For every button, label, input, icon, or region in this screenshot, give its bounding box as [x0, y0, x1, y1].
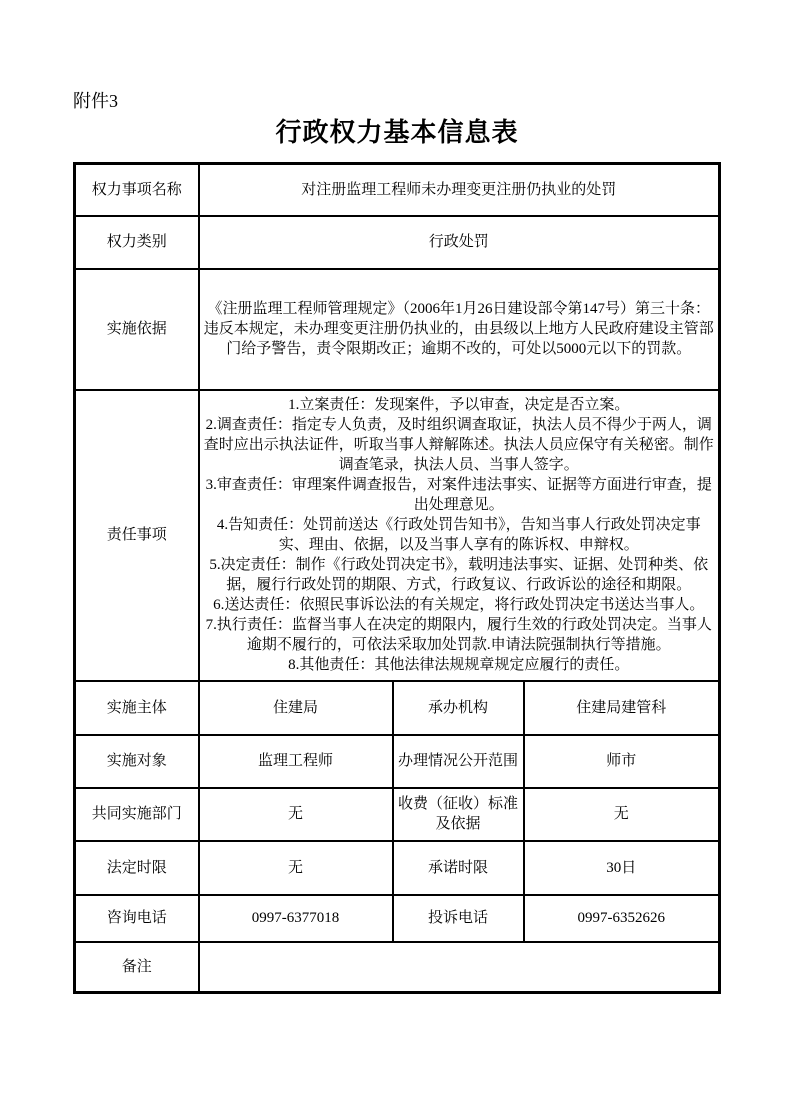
table-row: 共同实施部门 无 收费（征收）标准及依据 无: [75, 788, 720, 841]
joint-implementation-departments-label: 共同实施部门: [75, 788, 199, 841]
handling-agency-label: 承办机构: [393, 681, 524, 735]
responsibility-item-1: 1.立案责任：发现案件，予以审查，决定是否立案。: [204, 395, 715, 415]
promised-time-limit-label: 承诺时限: [393, 841, 524, 895]
remarks-value: [199, 942, 720, 993]
implementation-target-label: 实施对象: [75, 735, 199, 788]
consultation-phone-label: 咨询电话: [75, 895, 199, 942]
info-table: 权力事项名称 对注册监理工程师未办理变更注册仍执业的处罚 权力类别 行政处罚 实…: [73, 162, 721, 994]
promised-time-limit-value: 30日: [524, 841, 720, 895]
implementing-body-value: 住建局: [199, 681, 393, 735]
implementation-basis-label: 实施依据: [75, 269, 199, 390]
remarks-label: 备注: [75, 942, 199, 993]
table-row: 备注: [75, 942, 720, 993]
fee-standard-value: 无: [524, 788, 720, 841]
power-category-value: 行政处罚: [199, 216, 720, 269]
document-page: 附件3 行政权力基本信息表 权力事项名称 对注册监理工程师未办理变更注册仍执业的…: [0, 0, 794, 1108]
table-row: 法定时限 无 承诺时限 30日: [75, 841, 720, 895]
power-item-name-value: 对注册监理工程师未办理变更注册仍执业的处罚: [199, 164, 720, 216]
power-category-label: 权力类别: [75, 216, 199, 269]
consultation-phone-value: 0997-6377018: [199, 895, 393, 942]
table-row: 权力类别 行政处罚: [75, 216, 720, 269]
fee-standard-label: 收费（征收）标准及依据: [393, 788, 524, 841]
handling-agency-value: 住建局建管科: [524, 681, 720, 735]
table-row: 咨询电话 0997-6377018 投诉电话 0997-6352626: [75, 895, 720, 942]
responsibility-matters-label: 责任事项: [75, 390, 199, 681]
implementation-target-value: 监理工程师: [199, 735, 393, 788]
attachment-label: 附件3: [73, 90, 118, 112]
power-item-name-label: 权力事项名称: [75, 164, 199, 216]
table-row: 实施依据 《注册监理工程师管理规定》（2006年1月26日建设部令第147号）第…: [75, 269, 720, 390]
complaint-phone-label: 投诉电话: [393, 895, 524, 942]
table-row: 责任事项 1.立案责任：发现案件，予以审查，决定是否立案。 2.调查责任：指定专…: [75, 390, 720, 681]
table-row: 实施对象 监理工程师 办理情况公开范围 师市: [75, 735, 720, 788]
implementing-body-label: 实施主体: [75, 681, 199, 735]
table-row: 权力事项名称 对注册监理工程师未办理变更注册仍执业的处罚: [75, 164, 720, 216]
joint-implementation-departments-value: 无: [199, 788, 393, 841]
statutory-time-limit-value: 无: [199, 841, 393, 895]
responsibility-item-6: 6.送达责任：依照民事诉讼法的有关规定，将行政处罚决定书送达当事人。: [204, 595, 715, 615]
responsibility-item-3: 3.审查责任：审理案件调查报告，对案件违法事实、证据等方面进行审查，提出处理意见…: [204, 475, 715, 515]
responsibility-matters-value: 1.立案责任：发现案件，予以审查，决定是否立案。 2.调查责任：指定专人负责，及…: [199, 390, 720, 681]
responsibility-item-8: 8.其他责任：其他法律法规规章规定应履行的责任。: [204, 655, 715, 675]
responsibility-item-2: 2.调查责任：指定专人负责，及时组织调查取证，执法人员不得少于两人，调查时应出示…: [204, 415, 715, 475]
responsibility-item-7: 7.执行责任：监督当事人在决定的期限内，履行生效的行政处罚决定。当事人逾期不履行…: [204, 615, 715, 655]
page-title: 行政权力基本信息表: [0, 116, 794, 150]
implementation-basis-value: 《注册监理工程师管理规定》（2006年1月26日建设部令第147号）第三十条：违…: [199, 269, 720, 390]
responsibility-item-5: 5.决定责任：制作《行政处罚决定书》，载明违法事实、证据、处罚种类、依据，履行行…: [204, 555, 715, 595]
statutory-time-limit-label: 法定时限: [75, 841, 199, 895]
disclosure-scope-label: 办理情况公开范围: [393, 735, 524, 788]
complaint-phone-value: 0997-6352626: [524, 895, 720, 942]
responsibility-item-4: 4.告知责任：处罚前送达《行政处罚告知书》，告知当事人行政处罚决定事实、理由、依…: [204, 515, 715, 555]
disclosure-scope-value: 师市: [524, 735, 720, 788]
table-row: 实施主体 住建局 承办机构 住建局建管科: [75, 681, 720, 735]
